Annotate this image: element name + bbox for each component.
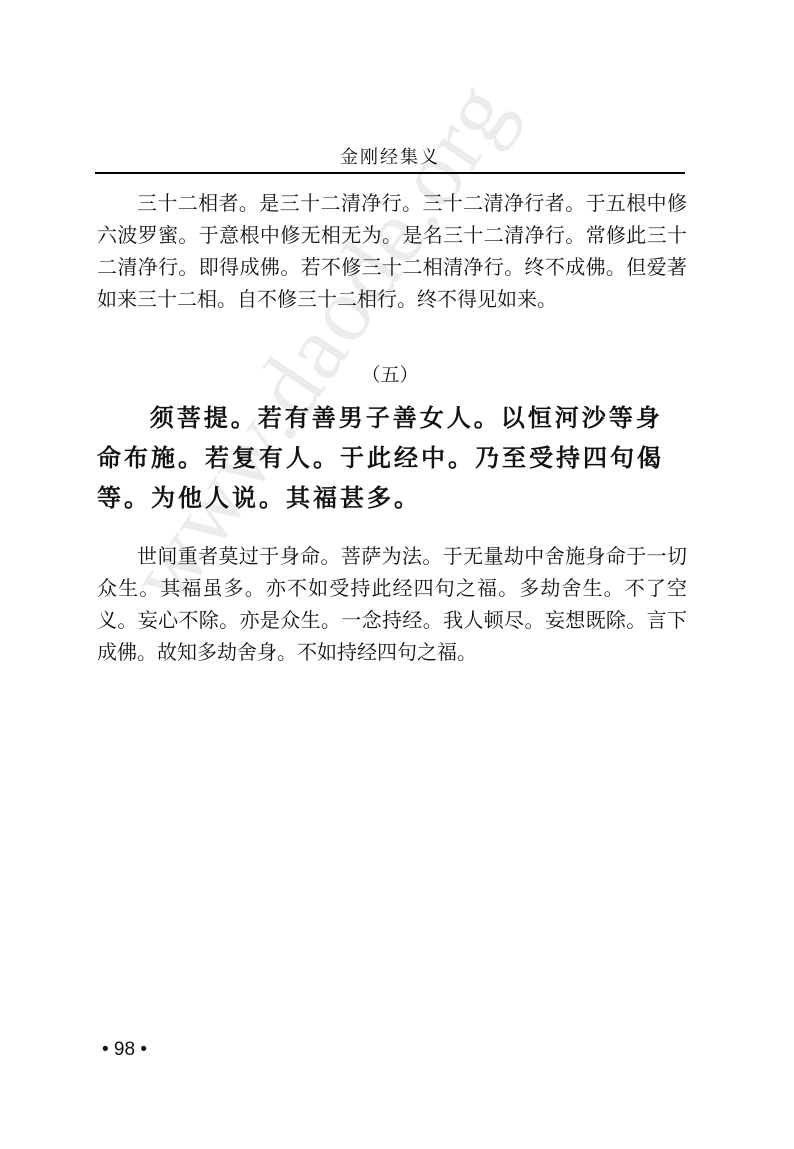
paragraph-text: 世间重者莫过于身命。菩萨为法。于无量劫中舍施身命于一切众生。其福虽多。亦不如受持… — [97, 540, 687, 668]
commentary-paragraph-1: 三十二相者。是三十二清净行。三十二清净行者。于五根中修六波罗蜜。于意根中修无相无… — [97, 187, 687, 315]
header-divider — [95, 172, 685, 174]
sutra-passage: 须菩提。若有善男子善女人。以恒河沙等身命布施。若复有人。于此经中。乃至受持四句偈… — [97, 398, 689, 518]
sutra-text: 须菩提。若有善男子善女人。以恒河沙等身命布施。若复有人。于此经中。乃至受持四句偈… — [97, 398, 689, 518]
paragraph-text: 三十二相者。是三十二清净行。三十二清净行者。于五根中修六波罗蜜。于意根中修无相无… — [97, 187, 687, 315]
running-header-title: 金刚经集义 — [95, 143, 685, 169]
page-number: • 98 • — [102, 1039, 147, 1061]
commentary-paragraph-2: 世间重者莫过于身命。菩萨为法。于无量劫中舍施身命于一切众生。其福虽多。亦不如受持… — [97, 540, 687, 668]
section-heading: （五） — [95, 360, 685, 387]
document-page: www.daode.org 金刚经集义 三十二相者。是三十二清净行。三十二清净行… — [0, 0, 794, 1149]
